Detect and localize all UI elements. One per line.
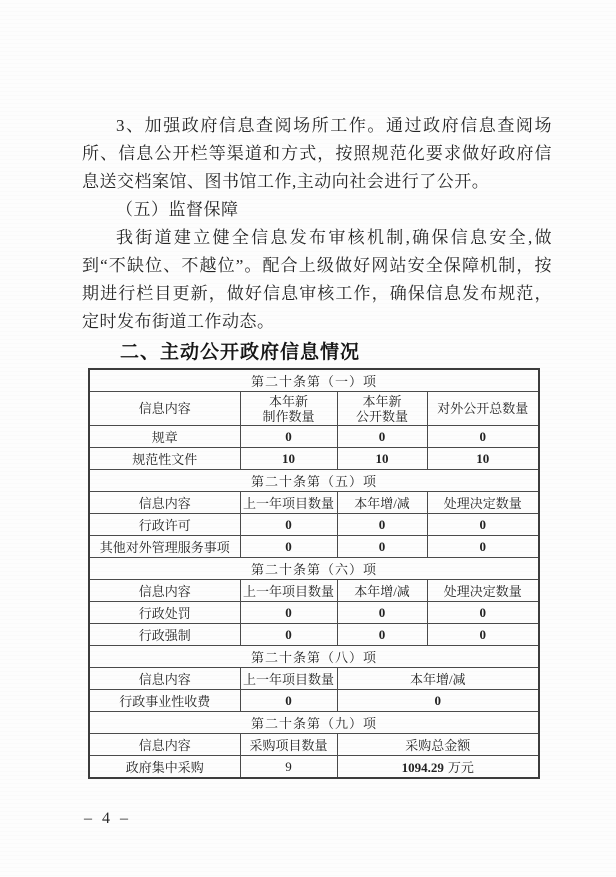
table-section-title: 第二十条第（五）项 — [89, 470, 539, 492]
row-label: 行政许可 — [89, 514, 240, 536]
cell-value: 0 — [427, 536, 539, 558]
value-number: 0 — [379, 429, 386, 444]
table-section-title: 第二十条第（九）项 — [89, 712, 539, 734]
cell-value: 0 — [240, 426, 337, 448]
table-section-title: 第二十条第（八）项 — [89, 646, 539, 668]
column-header: 处理决定数量 — [427, 492, 539, 514]
table-row: 其他对外管理服务事项000 — [89, 536, 539, 558]
column-header: 处理决定数量 — [427, 580, 539, 602]
row-label: 行政事业性收费 — [89, 690, 240, 712]
column-header: 采购项目数量 — [240, 734, 337, 756]
value-number: 0 — [285, 429, 292, 444]
value-number: 0 — [480, 429, 487, 444]
cell-value: 0 — [240, 514, 337, 536]
cell-value: 0 — [427, 514, 539, 536]
value-number: 1094.29 — [402, 760, 444, 775]
value-number: 0 — [480, 627, 487, 642]
paragraph-supervision-detail: 我街道建立健全信息发布审核机制,确保信息安全,做到“不缺位、不越位”。配合上级做… — [82, 224, 552, 336]
table-section-row: 第二十条第（五）项 — [89, 470, 539, 492]
value-number: 0 — [379, 517, 386, 532]
table-row: 规范性文件101010 — [89, 448, 539, 470]
subsection-heading-supervision-guarantee: （五）监督保障 — [82, 196, 552, 224]
column-header: 信息内容 — [89, 392, 240, 426]
scanned-document-page: 3、加强政府信息查阅场所工作。通过政府信息查阅场所、信息公开栏等渠道和方式，按照… — [0, 0, 616, 877]
page-number: – 4 – — [84, 810, 131, 828]
table-row: 行政处罚000 — [89, 602, 539, 624]
cell-value: 0 — [337, 602, 427, 624]
cell-value: 0 — [427, 624, 539, 646]
cell-value: 0 — [337, 426, 427, 448]
cell-value: 0 — [240, 602, 337, 624]
table-header-row: 信息内容上一年项目数量本年增/减处理决定数量 — [89, 492, 539, 514]
column-header: 信息内容 — [89, 734, 240, 756]
cell-value: 0 — [337, 690, 539, 712]
row-label: 政府集中采购 — [89, 756, 240, 779]
value-number: 0 — [480, 605, 487, 620]
column-header: 本年增/减 — [337, 580, 427, 602]
column-header: 信息内容 — [89, 492, 240, 514]
column-header: 本年增/减 — [337, 668, 539, 690]
cell-value: 0 — [240, 536, 337, 558]
column-header: 本年增/减 — [337, 492, 427, 514]
cell-value: 0 — [427, 426, 539, 448]
row-label: 其他对外管理服务事项 — [89, 536, 240, 558]
value-number: 0 — [435, 693, 442, 708]
value-number: 9 — [285, 759, 292, 774]
table-header-row: 信息内容上一年项目数量本年增/减处理决定数量 — [89, 580, 539, 602]
table-section-row: 第二十条第（六）项 — [89, 558, 539, 580]
table-row: 政府集中采购91094.29万元 — [89, 756, 539, 779]
value-number: 10 — [282, 451, 295, 466]
table-section-row: 第二十条第（一）项 — [89, 369, 539, 392]
value-number: 0 — [285, 517, 292, 532]
table-section-row: 第二十条第（八）项 — [89, 646, 539, 668]
value-number: 0 — [480, 517, 487, 532]
value-number: 0 — [379, 605, 386, 620]
cell-value: 9 — [240, 756, 337, 779]
column-header: 信息内容 — [89, 580, 240, 602]
table-row: 行政许可000 — [89, 514, 539, 536]
cell-value: 10 — [240, 448, 337, 470]
column-header: 本年新 制作数量 — [240, 392, 337, 426]
column-header: 采购总金额 — [337, 734, 539, 756]
value-number: 0 — [285, 605, 292, 620]
table-row: 行政事业性收费00 — [89, 690, 539, 712]
column-header: 上一年项目数量 — [240, 668, 337, 690]
cell-value: 0 — [337, 536, 427, 558]
row-label: 行政强制 — [89, 624, 240, 646]
value-number: 0 — [285, 539, 292, 554]
cell-value: 10 — [427, 448, 539, 470]
cell-value: 0 — [240, 690, 337, 712]
section-heading-proactive-disclosure: 二、主动公开政府信息情况 — [82, 341, 552, 365]
info-table-body: 第二十条第（一）项信息内容本年新 制作数量本年新 公开数量对外公开总数量规章00… — [89, 369, 539, 778]
cell-value: 0 — [427, 602, 539, 624]
cell-value: 0 — [337, 624, 427, 646]
row-label: 规章 — [89, 426, 240, 448]
info-disclosure-table: 第二十条第（一）项信息内容本年新 制作数量本年新 公开数量对外公开总数量规章00… — [88, 368, 540, 779]
value-number: 0 — [480, 539, 487, 554]
cell-value: 1094.29万元 — [337, 756, 539, 779]
cell-value: 0 — [240, 624, 337, 646]
cell-value: 10 — [337, 448, 427, 470]
table-section-title: 第二十条第（六）项 — [89, 558, 539, 580]
table-header-row: 信息内容本年新 制作数量本年新 公开数量对外公开总数量 — [89, 392, 539, 426]
table-section-row: 第二十条第（九）项 — [89, 712, 539, 734]
row-label: 规范性文件 — [89, 448, 240, 470]
table-header-row: 信息内容采购项目数量采购总金额 — [89, 734, 539, 756]
value-number: 10 — [376, 451, 389, 466]
value-unit: 万元 — [448, 760, 474, 775]
value-number: 0 — [285, 627, 292, 642]
column-header: 本年新 公开数量 — [337, 392, 427, 426]
paragraph-information-access-places: 3、加强政府信息查阅场所工作。通过政府信息查阅场所、信息公开栏等渠道和方式，按照… — [82, 112, 552, 196]
value-number: 0 — [285, 693, 292, 708]
table-row: 行政强制000 — [89, 624, 539, 646]
table-header-row: 信息内容上一年项目数量本年增/减 — [89, 668, 539, 690]
column-header: 对外公开总数量 — [427, 392, 539, 426]
column-header: 上一年项目数量 — [240, 492, 337, 514]
column-header: 信息内容 — [89, 668, 240, 690]
body-text-block: 3、加强政府信息查阅场所工作。通过政府信息查阅场所、信息公开栏等渠道和方式，按照… — [82, 112, 552, 365]
value-number: 0 — [379, 627, 386, 642]
row-label: 行政处罚 — [89, 602, 240, 624]
cell-value: 0 — [337, 514, 427, 536]
value-number: 0 — [379, 539, 386, 554]
table-row: 规章000 — [89, 426, 539, 448]
value-number: 10 — [476, 451, 489, 466]
column-header: 上一年项目数量 — [240, 580, 337, 602]
table-section-title: 第二十条第（一）项 — [89, 369, 539, 392]
